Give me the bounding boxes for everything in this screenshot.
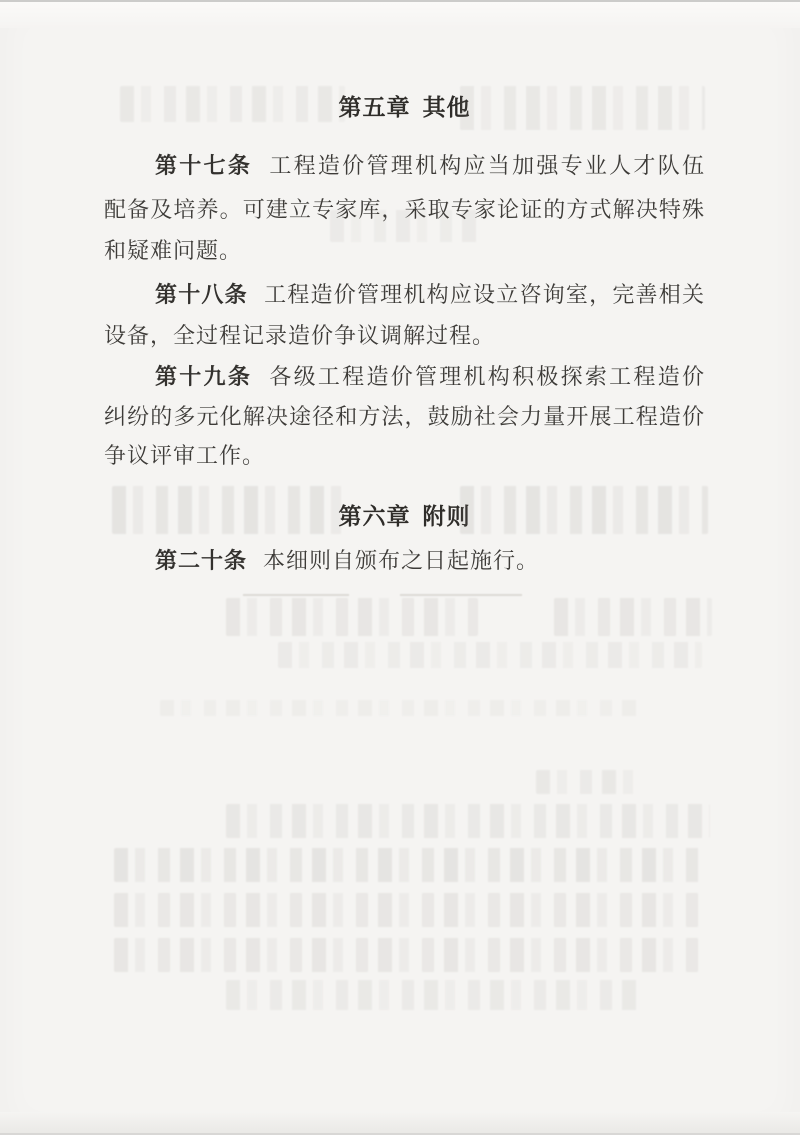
- bleed-through-ghost-line: [278, 642, 702, 668]
- article-18-line-1: 第十八条工程造价管理机构应设立咨询室，完善相关: [155, 280, 705, 310]
- bleed-through-ghost-rule: [400, 594, 522, 596]
- scanned-document-page: 第五章其他 第十七条工程造价管理机构应当加强专业人才队伍 配备及培养。可建立专家…: [0, 0, 800, 1135]
- article-18-label: 第十八条: [155, 282, 248, 307]
- article-17-text-1: 工程造价管理机构应当加强专业人才队伍: [268, 153, 705, 178]
- article-20-label: 第二十条: [155, 548, 247, 573]
- bleed-through-ghost-line: [226, 598, 478, 636]
- article-17-line-1: 第十七条工程造价管理机构应当加强专业人才队伍: [155, 151, 705, 181]
- bleed-through-ghost-line: [114, 848, 708, 882]
- bleed-through-ghost-line: [536, 770, 636, 794]
- article-19-line-2: 纠纷的多元化解决途径和方法，鼓励社会力量开展工程造价: [104, 402, 705, 432]
- article-19-line-3: 争议评审工作。: [104, 441, 705, 471]
- article-18-line-2: 设备，全过程记录造价争议调解过程。: [104, 321, 705, 351]
- scan-edge-bottom-band: [0, 1112, 800, 1135]
- chapter-6-number: 第六章: [339, 504, 411, 529]
- article-20-line-1: 第二十条本细则自颁布之日起施行。: [155, 546, 705, 576]
- bleed-through-ghost-line: [112, 486, 347, 534]
- bleed-through-ghost-line: [114, 893, 708, 927]
- bleed-through-ghost-line: [460, 486, 708, 534]
- bleed-through-ghost-line: [460, 86, 705, 130]
- bleed-through-ghost-line: [330, 210, 480, 242]
- bleed-through-ghost-line: [120, 86, 345, 122]
- chapter-5-number: 第五章: [339, 95, 411, 120]
- bleed-through-ghost-line: [160, 700, 640, 716]
- bleed-through-ghost-line: [226, 804, 710, 838]
- scan-edge-top-band: [0, 2, 800, 28]
- article-20-text: 本细则自颁布之日起施行。: [263, 548, 539, 573]
- article-17-label: 第十七条: [155, 153, 252, 178]
- bleed-through-ghost-line: [114, 938, 708, 972]
- article-19-label: 第十九条: [155, 364, 252, 389]
- article-18-text-1: 工程造价管理机构应设立咨询室，完善相关: [264, 282, 705, 307]
- bleed-through-ghost-rule: [243, 594, 349, 596]
- bleed-through-ghost-line: [554, 598, 712, 636]
- bleed-through-ghost-line: [226, 980, 638, 1010]
- article-19-line-1: 第十九条各级工程造价管理机构积极探索工程造价: [155, 362, 705, 392]
- article-19-text-1: 各级工程造价管理机构积极探索工程造价: [268, 364, 705, 389]
